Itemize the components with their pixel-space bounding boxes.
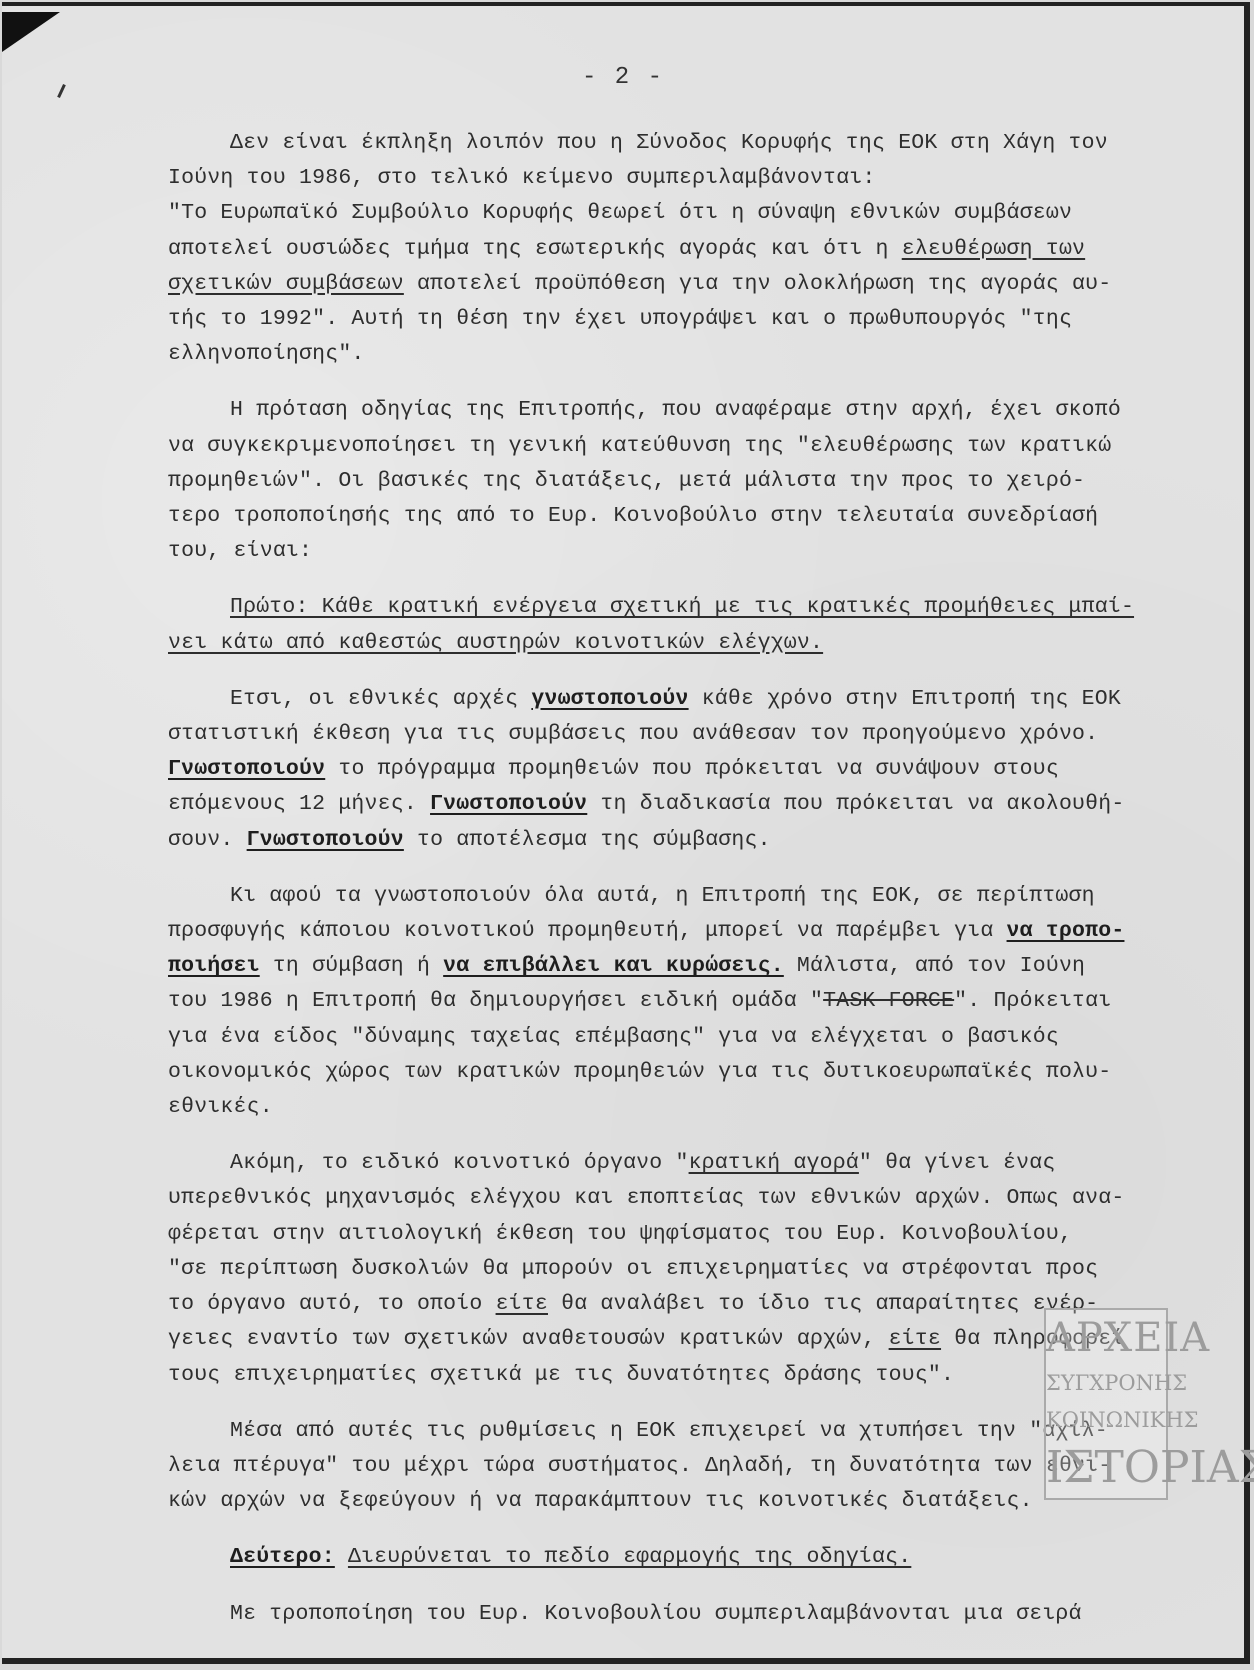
- text-line: Η πρόταση οδηγίας της Επιτροπής, που ανα…: [168, 393, 1248, 428]
- text-line: για ένα είδος "δύναμης ταχείας επέμβασης…: [168, 1020, 1248, 1055]
- text-segment: το αποτέλεσμα της σύμβασης.: [404, 828, 771, 852]
- underlined-phrase: κρατική αγορά: [689, 1151, 859, 1175]
- text-segment: [335, 1545, 348, 1569]
- text-line: φέρεται στην αιτιολογική έκθεση του ψηφί…: [168, 1217, 1248, 1252]
- text-line: Κι αφού τα γνωστοποιούν όλα αυτά, η Επιτ…: [168, 879, 1248, 914]
- text-line: Δεύτερο: Διευρύνεται το πεδίο εφαρμογής …: [168, 1540, 1248, 1575]
- text-segment: προσφυγής κάποιου κοινοτικού προμηθευτή,…: [168, 919, 1007, 943]
- text-line: Πρώτο: Κάθε κρατική ενέργεια σχετική με …: [168, 590, 1248, 625]
- text-segment: σουν.: [168, 828, 247, 852]
- stamp-line: ΣΥΓΧΡΟΝΗΣ: [1046, 1373, 1166, 1394]
- text-segment: του 1986 η Επιτροπή θα δημιουργήσει ειδι…: [168, 989, 823, 1013]
- text-segment: γειες εναντίο των σχετικών αναθετουσών κ…: [168, 1327, 889, 1351]
- text-line: να συγκεκριμενοποίησει τη γενική κατεύθυ…: [168, 429, 1248, 464]
- paragraph-9: Με τροποποίηση του Ευρ. Κοινοβουλίου συμ…: [168, 1597, 1248, 1632]
- text-line: σουν. Γνωστοποιούν το αποτέλεσμα της σύμ…: [168, 823, 1248, 858]
- text-line: Γνωστοποιούν το πρόγραμμα προμηθειών που…: [168, 752, 1248, 787]
- underlined-phrase: ποιήσει: [168, 954, 260, 978]
- underlined-phrase: σχετικών συμβάσεων: [168, 272, 404, 296]
- archive-watermark-stamp: ΑΡΧΕΙΑ ΣΥΓΧΡΟΝΗΣ ΚΟΙΝΩΝΙΚΗΣ ΙΣΤΟΡΙΑΣ: [1044, 1308, 1168, 1500]
- underlined-phrase: ελευθέρωση των: [902, 237, 1085, 261]
- underlined-phrase: νει κάτω από καθεστώς αυστηρών κοινοτικώ…: [168, 631, 823, 655]
- underlined-phrase: Δεύτερο:: [230, 1545, 335, 1569]
- text-line: τής το 1992". Αυτή τη θέση την έχει υπογ…: [168, 302, 1248, 337]
- stamp-line: ΑΡΧΕΙΑ: [1046, 1318, 1166, 1358]
- text-segment: ". Πρόκειται: [954, 989, 1111, 1013]
- underlined-phrase: είτε: [496, 1292, 548, 1316]
- stamp-line: ΚΟΙΝΩΝΙΚΗΣ: [1046, 1410, 1166, 1431]
- text-line: αποτελεί ουσιώδες τμήμα της εσωτερικής α…: [168, 232, 1248, 267]
- text-segment: επόμενους 12 μήνες.: [168, 792, 430, 816]
- text-line: του, είναι:: [168, 534, 1248, 569]
- paragraph-8-second-point: Δεύτερο: Διευρύνεται το πεδίο εφαρμογής …: [168, 1540, 1248, 1575]
- underlined-phrase: Γνωστοποιούν: [430, 792, 587, 816]
- text-line: Με τροποποίηση του Ευρ. Κοινοβουλίου συμ…: [168, 1597, 1248, 1632]
- underlined-phrase: να τροπο-: [1007, 919, 1125, 943]
- text-line: επόμενους 12 μήνες. Γνωστοποιούν τη διαδ…: [168, 787, 1248, 822]
- text-segment: κάθε χρόνο στην Επιτροπή της ΕΟΚ: [689, 687, 1121, 711]
- paragraph-3-first-point: Πρώτο: Κάθε κρατική ενέργεια σχετική με …: [168, 590, 1248, 660]
- underlined-phrase: Γνωστοποιούν: [168, 757, 325, 781]
- text-line: προσφυγής κάποιου κοινοτικού προμηθευτή,…: [168, 914, 1248, 949]
- text-line: οικονομικός χώρος των κρατικών προμηθειώ…: [168, 1055, 1248, 1090]
- text-line: σχετικών συμβάσεων αποτελεί προϋπόθεση γ…: [168, 267, 1248, 302]
- corner-scan-mark: [2, 12, 60, 52]
- text-line: υπερεθνικός μηχανισμός ελέγχου και εποπτ…: [168, 1181, 1248, 1216]
- text-segment: αποτελεί ουσιώδες τμήμα της εσωτερικής α…: [168, 237, 902, 261]
- text-line: ελληνοποίησης".: [168, 337, 1248, 372]
- text-segment: Μάλιστα, από τον Ιούνη: [784, 954, 1085, 978]
- text-segment: θα αναλάβει το ίδιο τις απαραίτητες ενέρ…: [548, 1292, 1098, 1316]
- underlined-phrase: γνωστοποιούν: [531, 687, 688, 711]
- underlined-phrase: Διευρύνεται το πεδίο εφαρμογής της οδηγί…: [348, 1545, 911, 1569]
- text-segment: Ακόμη, το ειδικό κοινοτικό όργανο ": [230, 1151, 689, 1175]
- text-line: Ιούνη του 1986, στο τελικό κείμενο συμπε…: [168, 161, 1248, 196]
- text-line: προμηθειών". Οι βασικές της διατάξεις, μ…: [168, 464, 1248, 499]
- underlined-phrase: Πρώτο: Κάθε κρατική ενέργεια σχετική με …: [230, 595, 1134, 619]
- struck-phrase: TASK FORCE: [823, 989, 954, 1013]
- text-line: "σε περίπτωση δυσκολιών θα μπορούν οι επ…: [168, 1252, 1248, 1287]
- text-line: ποιήσει τη σύμβαση ή να επιβάλλει και κυ…: [168, 949, 1248, 984]
- paragraph-4: Ετσι, οι εθνικές αρχές γνωστοποιούν κάθε…: [168, 682, 1248, 858]
- text-line: Δεν είναι έκπληξη λοιπόν που η Σύνοδος Κ…: [168, 126, 1248, 161]
- text-line: στατιστική έκθεση για τις συμβάσεις που …: [168, 717, 1248, 752]
- page-number: - 2 -: [2, 64, 1244, 91]
- text-segment: Ετσι, οι εθνικές αρχές: [230, 687, 531, 711]
- text-segment: το πρόγραμμα προμηθειών που πρόκειται να…: [325, 757, 1059, 781]
- text-line: νει κάτω από καθεστώς αυστηρών κοινοτικώ…: [168, 626, 1248, 661]
- paragraph-5: Κι αφού τα γνωστοποιούν όλα αυτά, η Επιτ…: [168, 879, 1248, 1125]
- text-segment: τη διαδικασία που πρόκειται να ακολουθή-: [587, 792, 1124, 816]
- text-segment: το όργανο αυτό, το οποίο: [168, 1292, 496, 1316]
- text-line: εθνικές.: [168, 1090, 1248, 1125]
- text-segment: " θα γίνει ένας: [859, 1151, 1056, 1175]
- text-line: του 1986 η Επιτροπή θα δημιουργήσει ειδι…: [168, 984, 1248, 1019]
- underlined-phrase: να επιβάλλει και κυρώσεις.: [443, 954, 784, 978]
- text-line: τερο τροποποίησής της από το Ευρ. Κοινοβ…: [168, 499, 1248, 534]
- paragraph-2: Η πρόταση οδηγίας της Επιτροπής, που ανα…: [168, 393, 1248, 569]
- text-segment: αποτελεί προϋπόθεση για την ολοκλήρωση τ…: [404, 272, 1112, 296]
- text-line: "Το Ευρωπαϊκό Συμβούλιο Κορυφής θεωρεί ό…: [168, 196, 1248, 231]
- text-segment: τη σύμβαση ή: [260, 954, 443, 978]
- paragraph-1: Δεν είναι έκπληξη λοιπόν που η Σύνοδος Κ…: [168, 126, 1248, 372]
- document-page: - 2 - Δεν είναι έκπληξη λοιπόν που η Σύν…: [2, 2, 1250, 1664]
- underlined-phrase: είτε: [889, 1327, 941, 1351]
- underlined-phrase: Γνωστοποιούν: [247, 828, 404, 852]
- text-line: Ακόμη, το ειδικό κοινοτικό όργανο "κρατι…: [168, 1146, 1248, 1181]
- text-line: Ετσι, οι εθνικές αρχές γνωστοποιούν κάθε…: [168, 682, 1248, 717]
- stamp-line: ΙΣΤΟΡΙΑΣ: [1046, 1446, 1166, 1490]
